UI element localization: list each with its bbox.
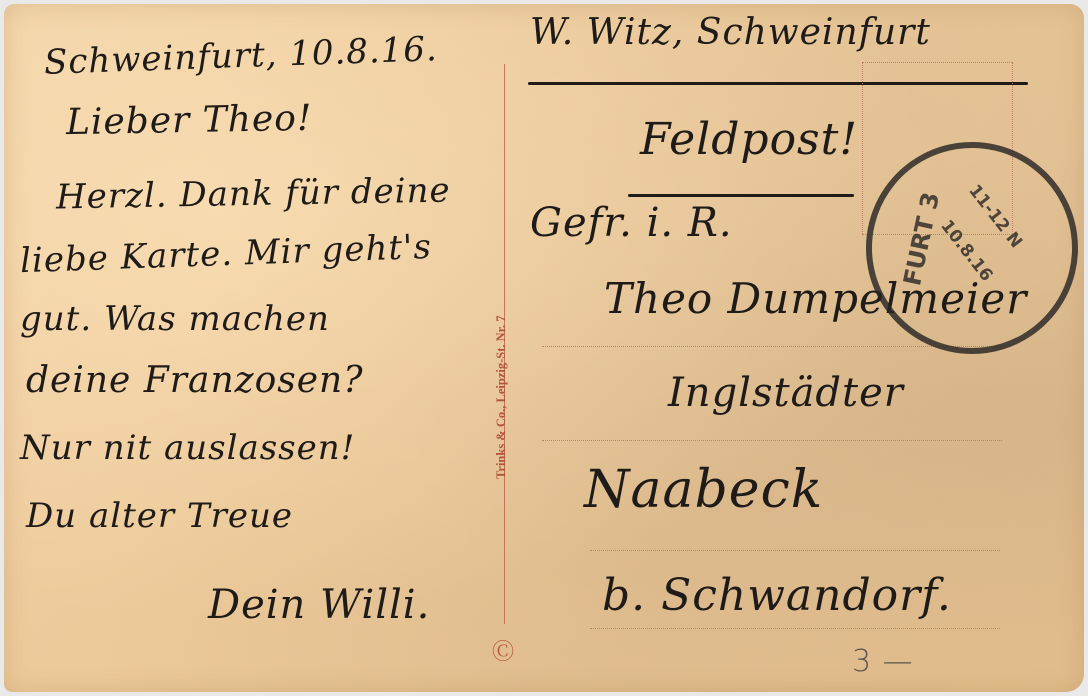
address-district: b. Schwandorf. [602,570,952,621]
place-date: Schweinfurt, 10.8.16. [43,29,438,83]
feldpost-underline [628,194,854,197]
stamp-box-top [862,62,1012,63]
postmark-stamp: FURT 3 10.8.16 11-12 N [852,128,1088,367]
address-rank: Gefr. i. R. [530,200,733,246]
postmark-city: FURT 3 [898,190,945,288]
sender-line: W. Witz, Schweinfurt [530,12,931,53]
publisher-logo-icon: Ⓒ [490,638,516,668]
postmark-date: 10.8.16 [936,216,996,285]
address-guide-4 [590,628,1000,629]
message-line-2: liebe Karte. Mir geht's [19,227,432,281]
publisher-imprint: Trinks & Co., Leipzig-St. Nr. 7 [494,179,509,479]
postcard: Schweinfurt, 10.8.16. Lieber Theo! Herzl… [4,4,1084,692]
address-guide-3 [590,550,1000,551]
address-guide-2 [542,440,1002,441]
address-unit: Inglstädter [668,370,904,416]
message-line-1: Herzl. Dank für deine [56,171,451,218]
message-line-4: deine Franzosen? [26,360,364,401]
postmark-time: 11-12 N [964,181,1026,252]
signature: Dein Willi. [208,582,430,628]
stamp-box-left [862,62,863,234]
sender-underline [528,82,1028,85]
price-annotation: 3 — [852,644,914,679]
message-line-3: gut. Was machen [20,299,330,339]
address-town: Naabeck [584,460,823,520]
publisher-imprint-area: Trinks & Co., Leipzig-St. Nr. 7 [494,179,514,479]
greeting: Lieber Theo! [66,98,313,143]
message-line-5: Nur nit auslassen! [20,428,355,468]
feldpost-label: Feldpost! [640,114,858,165]
message-line-6: Du alter Treue [26,496,293,536]
